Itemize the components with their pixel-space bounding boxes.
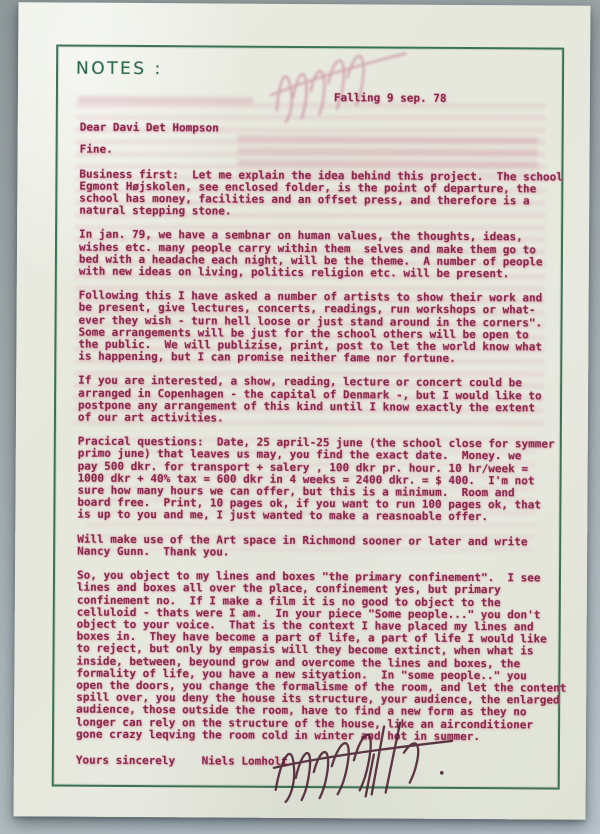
- letter-paragraph: Following this I have asked a number of …: [78, 290, 586, 366]
- handwritten-signature-ink: [266, 710, 467, 811]
- letter-paragraph: In jan. 79, we have a sembnar on human v…: [79, 229, 587, 281]
- letter-paragraph: Business first: Let me explain the idea …: [79, 168, 587, 220]
- letter-date: Falling 9 sep. 78: [334, 92, 588, 106]
- letter-salutation: Dear Davi Det Hompson: [80, 122, 588, 137]
- notes-header-label: NOTES :: [76, 59, 163, 80]
- letter-paragraph: Will make use of the Art space in Richmo…: [77, 533, 585, 561]
- paper-sheet: NOTES : Falling 9 sep. 78 Dear Davi Det …: [14, 2, 591, 819]
- letter-opening: Fine.: [80, 144, 588, 159]
- letter-paragraph: Pracical questions: Date, 25 april-25 ju…: [77, 436, 586, 525]
- letter-paragraph: If you are interested, a show, reading, …: [78, 375, 586, 427]
- letter-body: Falling 9 sep. 78 Dear Davi Det Hompson …: [76, 91, 588, 770]
